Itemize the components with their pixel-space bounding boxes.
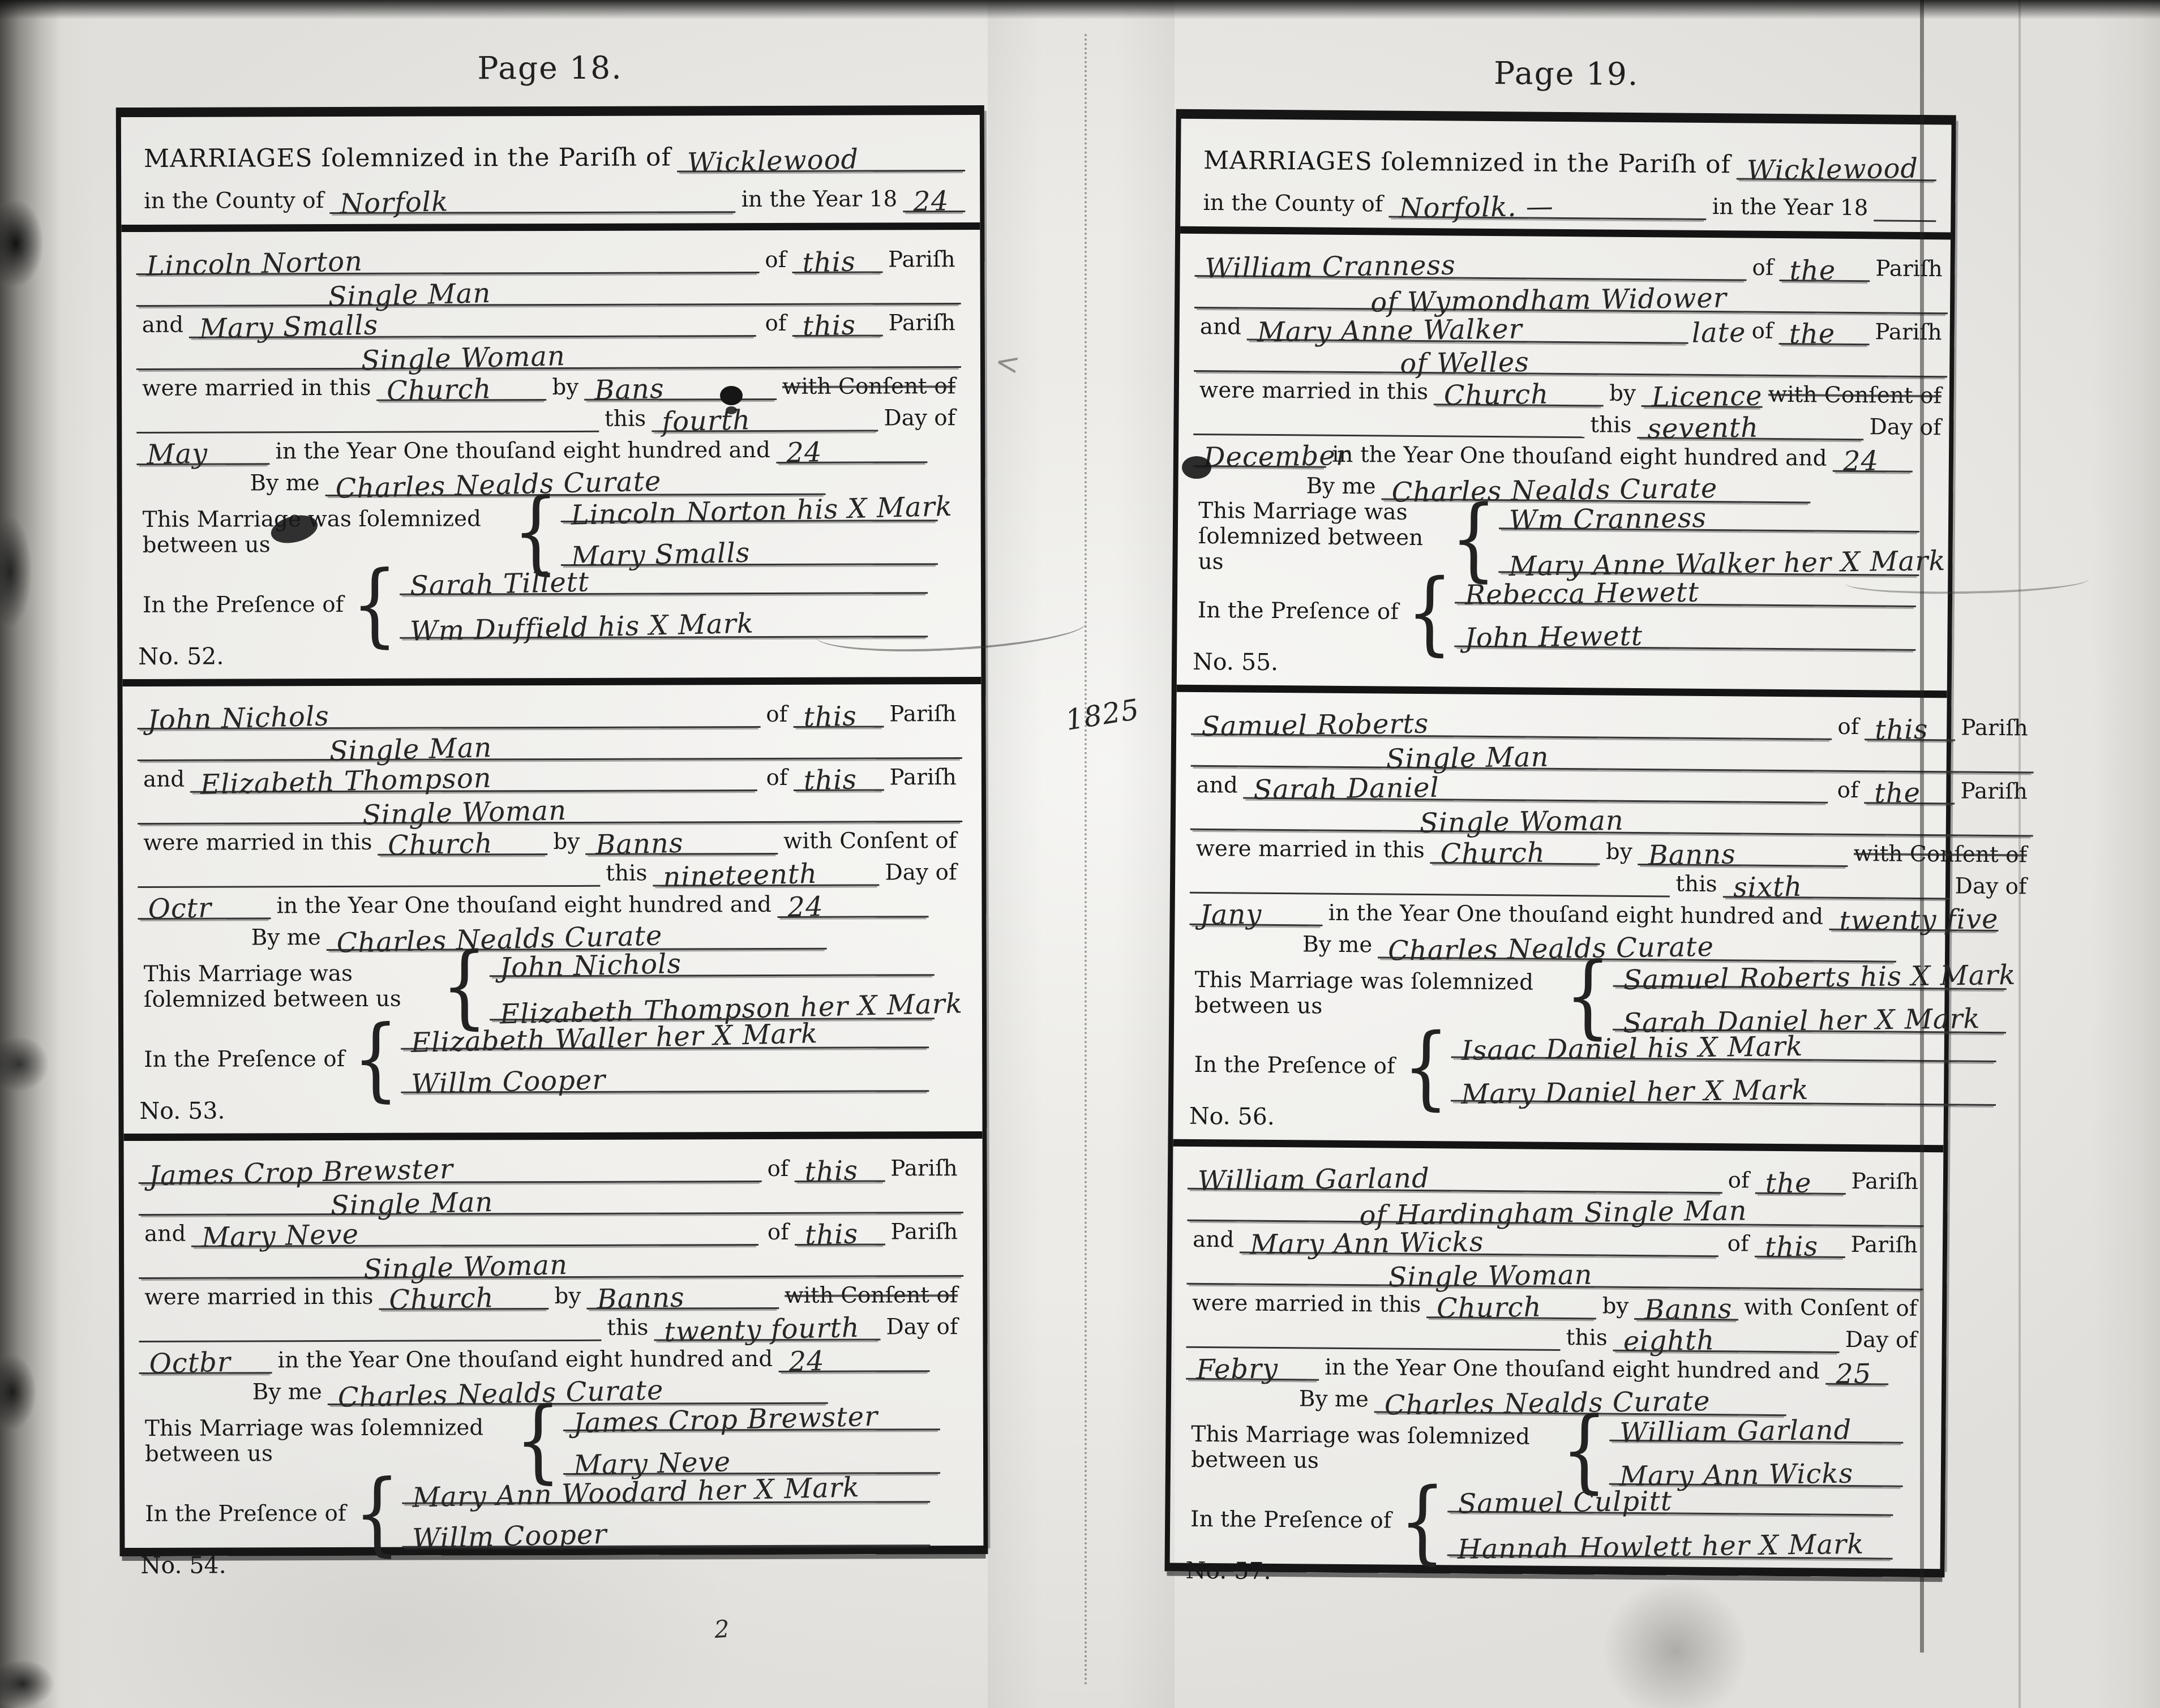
parish-label: Pariſh (1845, 1169, 1924, 1195)
left-brace-glyph: { (1399, 1480, 1446, 1563)
year-word: 24 (1832, 448, 1879, 475)
parish-label: Pariſh (1955, 779, 2033, 805)
groom-signature: William Garland (1610, 1416, 1852, 1447)
year-word: twenty five (1829, 905, 1999, 934)
year-word: 24 (777, 893, 823, 921)
groom-name-line: William Cranness (1194, 252, 1746, 281)
register-entry: Lincoln Norton of this Pariſh Single Man… (121, 230, 981, 679)
consent-label: with Conſent of (777, 374, 961, 400)
groom-row: William Garland of the Pariſh (1188, 1157, 1924, 1195)
witnesses-row: In the Preſence of { Samuel Culpitt Hann… (1185, 1483, 1922, 1561)
groom-name: William Cranness (1194, 252, 1456, 282)
consent-label: with Conſent of (1848, 842, 2033, 868)
by-label: by (549, 1284, 587, 1310)
groom-signature: Samuel Roberts his X Mark (1613, 961, 2016, 993)
presence-label: In the Preſence of (1188, 1053, 1400, 1080)
groom-of-word: the (1779, 257, 1836, 285)
married-in-word: Church (379, 1284, 494, 1314)
of-label: of (762, 1220, 795, 1246)
groom-row: Samuel Roberts of this Pariſh (1191, 703, 2034, 741)
were-married-label: were married in this (1190, 836, 1430, 864)
page-19-header: MARRIAGES ſolemnized in the Pariſh of Wi… (1180, 119, 1952, 240)
by-label: by (1600, 839, 1638, 865)
consent-label: with Conſent of (1738, 1295, 1923, 1321)
of-label: of (1832, 714, 1865, 740)
groom-name-line: William Garland (1188, 1165, 1722, 1193)
groom-condition: Single Man (320, 1188, 494, 1220)
solemnized-row: This Marriage was ſolemnized between us … (138, 949, 963, 1024)
book-binding-edge (0, 0, 96, 1708)
and-label: and (1190, 773, 1244, 799)
married-in-word: Church (1430, 839, 1545, 868)
register-entry: William Cranness of the Pariſh of Wymond… (1177, 234, 1968, 690)
marriages-label: MARRIAGES ſolemnized in the Pariſh of (1198, 147, 1737, 179)
were-married-label: were married in this (136, 376, 376, 402)
page-gutter-shading (988, 0, 1175, 1708)
by-me-label: By me (1293, 1387, 1375, 1413)
married-row: were married in this Church by Banns wit… (139, 1277, 963, 1311)
ink-blot (1182, 456, 1211, 479)
register-scan: Page 18. MARRIAGES ſolemnized in the Par… (0, 0, 2160, 1708)
county-of-label: in the County of (138, 188, 329, 214)
groom-signature: John Nichols (489, 950, 682, 982)
left-brace-glyph: { (1403, 1026, 1450, 1108)
day-word: sixth (1722, 873, 1802, 901)
month-word: Octr (138, 894, 212, 923)
marriages-label: MARRIAGES ſolemnized in the Pariſh of (138, 144, 677, 174)
register-entry: William Garland of the Pariſh of Harding… (1169, 1146, 1943, 1599)
page-19-register-box: MARRIAGES ſolemnized in the Pariſh of Wi… (1164, 109, 1956, 1578)
parish-label: Pariſh (882, 247, 961, 273)
month-word: Octbr (139, 1349, 231, 1378)
solemnized-label: This Marriage was ſolemnized between us (139, 1415, 513, 1467)
year-line-label: in the Year One thouſand eight hundred a… (271, 892, 777, 919)
left-brace-glyph: { (354, 1473, 400, 1555)
bride-of-word: this (1754, 1233, 1818, 1260)
witness1-signature: Isaac Daniel his X Mark (1451, 1032, 1803, 1064)
bottom-page-mark: 2 (714, 1617, 731, 1642)
day-row: this twenty fourth Day of (139, 1308, 963, 1342)
entry-number: No. 56. (1188, 1103, 1280, 1130)
presence-label: In the Preſence of (137, 593, 349, 619)
bride-name: Sarah Daniel (1243, 774, 1439, 804)
parish-label: Pariſh (1955, 715, 2034, 741)
by-method-word: Bans (584, 375, 665, 404)
witness1-signature: Sarah Tillett (400, 568, 590, 600)
month-word: May (136, 440, 208, 469)
bride-late-note: late (1691, 319, 1746, 347)
page-18: Page 18. MARRIAGES ſolemnized in the Par… (116, 49, 988, 1556)
day-word: seventh (1637, 414, 1759, 443)
officiant-signature: Charles Nealds Curate (1374, 1387, 1711, 1419)
left-brace-glyph: { (1406, 572, 1453, 654)
groom-signature: James Crop Brewster (563, 1403, 878, 1437)
year-line-label: in the Year One thouſand eight hundred a… (269, 438, 776, 465)
witness2-signature: Mary Daniel her X Mark (1451, 1076, 1809, 1108)
bride-name: Mary Anne Walker (1247, 315, 1523, 346)
year-row: May in the Year One thouſand eight hundr… (136, 431, 961, 465)
ink-blot (720, 386, 743, 405)
of-label: of (760, 702, 793, 728)
witness1-signature: Mary Ann Woodard her X Mark (402, 1474, 860, 1512)
this-label: this (1560, 1325, 1613, 1351)
entry-number: No. 54. (139, 1552, 232, 1579)
witness1-signature: Elizabeth Waller her X Mark (401, 1020, 818, 1057)
groom-row: Lincoln Norton of this Pariſh (136, 241, 961, 275)
of-label: of (1746, 256, 1779, 281)
officiant-row: By me Charles Nealds Curate (1186, 1379, 1922, 1417)
bride-signature: Mary Smalls (561, 539, 751, 571)
groom-name: James Crop Brewster (138, 1156, 453, 1190)
entry-number: No. 52. (137, 643, 229, 670)
bride-condition: Single Woman (353, 1251, 568, 1284)
groom-of-word: the (1755, 1169, 1811, 1197)
groom-name-line: James Crop Brewster (139, 1158, 762, 1184)
witness2-signature: John Hewett (1455, 622, 1643, 651)
of-label: of (1722, 1168, 1755, 1194)
day-word: nineteenth (653, 860, 818, 891)
page-18-label: Page 18. (116, 49, 984, 87)
witnesses-row: In the Preſence of { Isaac Daniel his X … (1188, 1029, 2032, 1108)
presence-label: In the Preſence of (1192, 598, 1404, 625)
bride-condition: Single Woman (350, 342, 565, 375)
groom-row: James Crop Brewster of this Pariſh (139, 1150, 963, 1184)
groom-of-word: this (1865, 715, 1928, 743)
page-19: Page 19. MARRIAGES ſolemnized in the Par… (1164, 53, 1956, 1578)
groom-of-line: this (1865, 716, 1955, 741)
this-label: this (1670, 872, 1723, 898)
entry-53-slot: John Nichols of this Pariſh Single Man a… (122, 677, 982, 1134)
parish-label: Pariſh (1870, 256, 1948, 282)
left-brace-glyph: { (353, 1019, 399, 1100)
bride-row: and Sarah Daniel of the Pariſh (1190, 766, 2033, 805)
groom-condition: Single Man (1376, 743, 1549, 773)
bride-row: and Elizabeth Thompson of this Pariſh (138, 759, 962, 793)
bride-name: Elizabeth Thompson (190, 765, 492, 799)
by-me-label: By me (1300, 474, 1382, 500)
married-in-word: Church (378, 830, 493, 860)
left-brace-glyph: { (1565, 955, 1612, 1037)
year-row: Octr in the Year One thouſand eight hund… (138, 886, 962, 920)
solemnized-row: This Marriage was ſolemnized between us … (139, 1404, 964, 1478)
by-method-word: Banns (586, 1284, 685, 1314)
scan-right-edge (2092, 0, 2160, 1708)
of-label: of (1831, 778, 1864, 803)
officiant-signature: Charles Nealds Curate (1378, 933, 1714, 964)
presence-label: In the Preſence of (139, 1501, 352, 1527)
entry-number: No. 55. (1192, 649, 1284, 676)
witness2-signature: Willm Cooper (402, 1521, 607, 1553)
year-suffix: 24 (903, 187, 949, 216)
and-label: and (136, 313, 189, 338)
solemnized-row: This Marriage was ſolemnized between us … (1192, 499, 1946, 581)
groom-of-word: this (792, 248, 856, 277)
solemnized-row: This Marriage was ſolemnized between us … (1189, 956, 2032, 1036)
officiant-row: By me Charles Nealds Curate (138, 917, 963, 951)
bride-of-word: this (794, 1220, 858, 1249)
witness1-signature: Rebecca Hewett (1455, 578, 1699, 609)
entry-57-slot: William Garland of the Pariſh of Harding… (1169, 1139, 1943, 1599)
bride-of-word: this (792, 311, 856, 340)
of-label: of (1722, 1231, 1755, 1257)
page-18-header: MARRIAGES ſolemnized in the Pariſh of Wi… (121, 115, 980, 232)
year-word: 24 (778, 1347, 825, 1376)
were-married-label: were married in this (1186, 1291, 1427, 1318)
by-me-label: By me (244, 471, 325, 496)
by-label: by (1604, 381, 1642, 407)
bride-name: Mary Neve (191, 1221, 359, 1252)
county-name: Norfolk. — (1388, 193, 1554, 222)
year-row: Octbr in the Year One thouſand eight hun… (139, 1340, 963, 1374)
register-entry: James Crop Brewster of this Pariſh Singl… (124, 1139, 984, 1588)
left-brace-glyph: { (1561, 1410, 1608, 1492)
year-row: Febry in the Year One thouſand eight hun… (1186, 1347, 1922, 1385)
witnesses-row: In the Preſence of { Rebecca Hewett John… (1192, 574, 1945, 653)
day-row: this nineteenth Day of (138, 854, 962, 888)
groom-of-word: this (794, 1157, 858, 1186)
and-label: and (1194, 315, 1248, 341)
groom-row: John Nichols of this Pariſh (138, 696, 962, 729)
married-row: were married in this Church by Banns wit… (138, 822, 962, 856)
witness2-signature: Willm Cooper (401, 1066, 606, 1098)
year-word: 24 (775, 439, 822, 467)
day-word: eighth (1613, 1327, 1715, 1355)
bride-condition: Single Woman (352, 797, 567, 829)
by-method-word: Licence (1642, 383, 1763, 411)
groom-name: Lincoln Norton (136, 248, 363, 280)
groom-row: William Cranness of the Pariſh (1194, 245, 1948, 282)
bride-condition: of Welles (1390, 349, 1529, 377)
day-of-label: Day of (879, 860, 962, 886)
witness2-signature: Hannah Howlett her X Mark (1447, 1530, 1865, 1563)
entry-54-slot: James Crop Brewster of this Pariſh Singl… (124, 1131, 984, 1588)
this-label: this (601, 1316, 654, 1341)
groom-of-line: this (794, 1157, 885, 1182)
page-18-register-box: MARRIAGES ſolemnized in the Pariſh of Wi… (116, 105, 988, 1556)
year-word: 25 (1825, 1360, 1872, 1388)
of-label: of (761, 1157, 794, 1182)
solemnized-label: This Marriage was ſolemnized between us (1185, 1422, 1559, 1476)
year-row: December in the Year One thouſand eight … (1193, 435, 1947, 473)
month-word: Jany (1189, 900, 1262, 929)
of-label: of (760, 766, 793, 791)
officiant-signature: Charles Nealds Curate (325, 467, 662, 503)
by-label: by (547, 830, 585, 855)
county-of-label: in the County of (1197, 191, 1388, 217)
groom-signature: Wm Cranness (1499, 504, 1707, 534)
year-18-label: in the Year 18 (736, 187, 903, 213)
day-word: twenty fourth (654, 1314, 860, 1346)
presence-label: In the Preſence of (138, 1047, 350, 1073)
bride-name: Mary Ann Wicks (1240, 1228, 1484, 1259)
this-label: this (1584, 413, 1638, 439)
presence-label: In the Preſence of (1185, 1507, 1397, 1534)
of-label: of (759, 248, 792, 273)
and-label: and (138, 767, 190, 793)
married-in-word: Church (1434, 381, 1549, 410)
left-brace-glyph: { (352, 564, 398, 646)
year-line-label: in the Year One thouſand eight hundred a… (1322, 900, 1829, 930)
day-of-label: Day of (880, 1315, 963, 1340)
bride-of-word: the (1778, 320, 1835, 348)
were-married-label: were married in this (139, 1285, 379, 1311)
entry-number: No. 57. (1184, 1557, 1276, 1585)
entry-55-slot: William Cranness of the Pariſh of Wymond… (1177, 234, 1951, 690)
day-row: this fourth Day of (136, 400, 961, 434)
groom-of-line: the (1755, 1169, 1845, 1194)
entry-number-row: No. 53. (138, 1094, 963, 1125)
entry-number: No. 53. (138, 1097, 230, 1125)
by-label: by (1596, 1294, 1634, 1319)
this-label: this (600, 861, 653, 887)
parish-name: Wicklewood (1736, 155, 1918, 184)
register-entry: John Nichols of this Pariſh Single Man a… (122, 684, 982, 1134)
bride-row: and Mary Smalls of this Pariſh (136, 304, 961, 338)
bride-condition: Single Woman (1378, 1261, 1593, 1291)
left-brace-glyph: { (1450, 498, 1497, 580)
day-word: fourth (652, 406, 751, 436)
consent-label: with Conſent of (778, 829, 962, 855)
parish-label: Pariſh (885, 1156, 963, 1182)
by-method-word: Banns (585, 830, 684, 859)
married-row: were married in this Church by Bans with… (136, 368, 961, 402)
groom-name: John Nichols (137, 702, 329, 734)
by-method-word: Banns (1634, 1295, 1733, 1323)
and-label: and (1187, 1228, 1240, 1254)
of-label: of (1746, 319, 1778, 345)
by-me-label: By me (1297, 932, 1378, 958)
solemnized-label: This Marriage was ſolemnized between us (137, 507, 511, 558)
groom-condition: Single Man (318, 280, 491, 311)
day-of-label: Day of (1863, 415, 1947, 441)
parish-name: Wicklewood (676, 145, 859, 177)
page-fold-line (1920, 0, 1924, 1653)
solemnized-label: This Marriage was ſolemnized between us (138, 962, 439, 1013)
and-label: and (139, 1222, 191, 1247)
page-gutter-fold (1085, 34, 1087, 1686)
ink-smudge (1602, 1579, 1749, 1708)
left-brace-glyph: { (515, 1400, 562, 1482)
witness1-signature: Samuel Culpitt (1448, 1487, 1673, 1517)
groom-name: William Garland (1188, 1164, 1430, 1195)
bride-name: Mary Smalls (189, 311, 379, 343)
year-18-label: in the Year 18 (1707, 195, 1874, 221)
bride-row: and Mary Neve of this Pariſh (139, 1213, 963, 1247)
consent-label: with Conſent of (779, 1283, 963, 1309)
married-in-word: Church (1426, 1293, 1542, 1322)
year-line-label: in the Year One thouſand eight hundred a… (1326, 443, 1833, 472)
page-fold-line (2018, 0, 2021, 1708)
this-label: this (599, 407, 652, 432)
groom-name-line: Samuel Roberts (1191, 710, 1832, 740)
parish-label: Pariſh (884, 702, 962, 727)
witnesses-row: In the Preſence of { Elizabeth Waller he… (138, 1022, 963, 1096)
page-19-label: Page 19. (1176, 53, 1956, 95)
bride-condition: Single Woman (1409, 806, 1625, 836)
groom-name: Samuel Roberts (1191, 710, 1429, 740)
of-label: of (759, 311, 792, 337)
month-word: Febry (1186, 1355, 1278, 1383)
groom-condition: of Wymondham Widower (1360, 284, 1727, 316)
officiant-signature: Charles Nealds Curate (1381, 475, 1717, 507)
were-married-label: were married in this (1194, 378, 1434, 405)
scan-top-edge (0, 0, 2160, 19)
bride-of-word: the (1864, 779, 1921, 806)
groom-name-line: John Nichols (138, 703, 761, 729)
by-label: by (546, 375, 584, 401)
were-married-label: were married in this (138, 830, 378, 856)
parish-label: Pariſh (1869, 320, 1948, 346)
entry-number-row: No. 54. (139, 1548, 964, 1579)
solemnized-label: This Marriage was ſolemnized between us (1189, 968, 1563, 1022)
by-me-label: By me (247, 1380, 328, 1405)
groom-of-word: this (793, 702, 857, 731)
parish-label: Pariſh (884, 765, 962, 791)
year-line-label: in the Year One thouſand eight hundred a… (272, 1347, 779, 1374)
left-brace-glyph: { (513, 491, 559, 573)
groom-name-line: Lincoln Norton (136, 249, 759, 275)
day-of-label: Day of (878, 406, 961, 431)
by-me-label: By me (246, 925, 327, 951)
year-line-label: in the Year One thouſand eight hundred a… (1319, 1355, 1825, 1384)
married-in-word: Church (376, 375, 492, 405)
day-row: this seventh Day of (1193, 404, 1947, 441)
solemnized-row: This Marriage was ſolemnized between us … (1185, 1411, 1922, 1489)
entry-52-slot: Lincoln Norton of this Pariſh Single Man… (121, 230, 981, 679)
groom-signature: Lincoln Norton his X Mark (561, 493, 953, 529)
groom-condition: Single Man (319, 734, 492, 765)
day-of-label: Day of (1840, 1328, 1923, 1354)
county-name: Norfolk (329, 188, 449, 218)
parish-label: Pariſh (1845, 1233, 1923, 1259)
married-row: were married in this Church by Licence w… (1194, 372, 1948, 409)
entry-56-slot: Samuel Roberts of this Pariſh Single Man… (1173, 684, 1947, 1145)
month-word: December (1193, 442, 1349, 471)
parish-label: Pariſh (882, 311, 961, 336)
bride-of-word: this (793, 766, 857, 795)
solemnized-row: This Marriage was ſolemnized between us … (137, 495, 962, 569)
groom-condition: of Hardingham Single Man (1349, 1197, 1747, 1229)
day-row: this eighth Day of (1186, 1316, 1923, 1353)
witness2-signature: Wm Duffield his X Mark (400, 610, 754, 646)
groom-of-line: the (1779, 257, 1870, 282)
parish-label: Pariſh (885, 1220, 964, 1245)
witnesses-row: In the Preſence of { Mary Ann Woodard he… (139, 1476, 964, 1551)
groom-of-line: this (792, 248, 882, 273)
left-brace-glyph: { (441, 946, 487, 1027)
by-method-word: Banns (1638, 840, 1736, 869)
groom-of-line: this (793, 703, 884, 727)
